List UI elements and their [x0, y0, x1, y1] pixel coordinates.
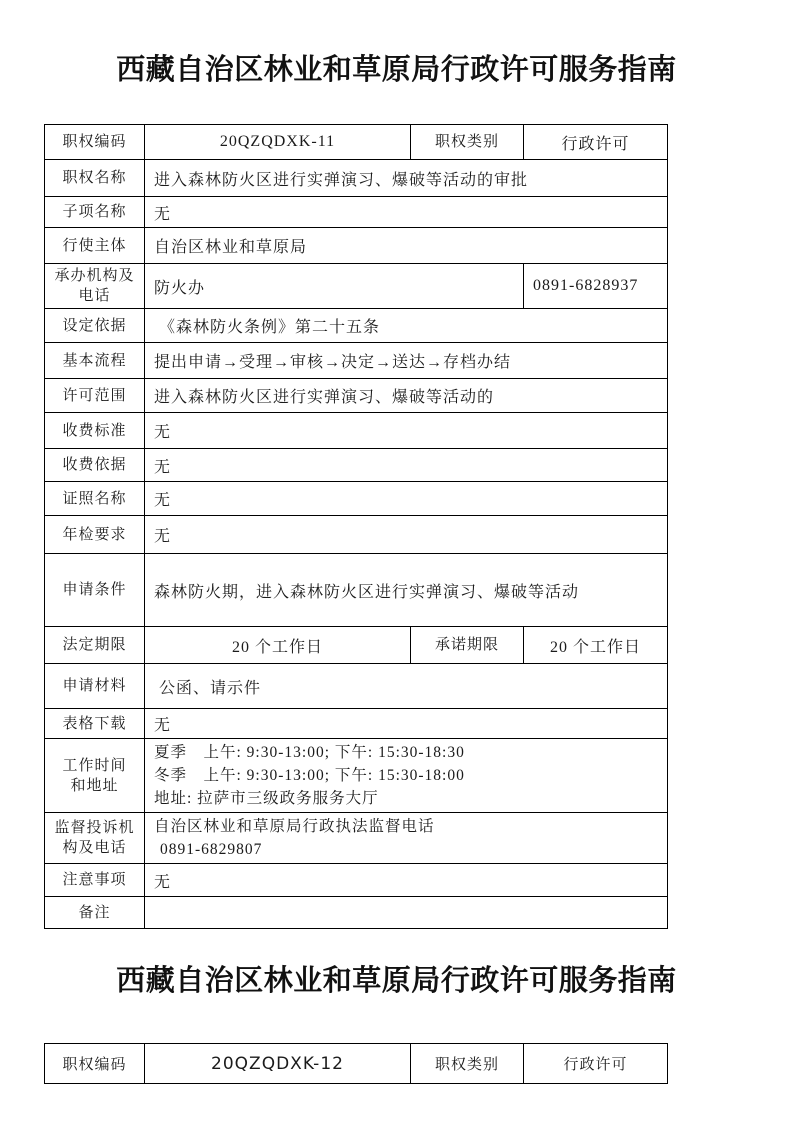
table-row: 法定期限 20 个工作日 承诺期限 20 个工作日	[45, 627, 668, 664]
application-condition-value: 森林防火期，进入森林防火区进行实弹演习、爆破等活动	[145, 554, 668, 627]
table-row: 工作时间 和地址 夏季 上午: 9:30-13:00; 下午: 15:30-18…	[45, 739, 668, 813]
statutory-deadline-label: 法定期限	[45, 627, 145, 664]
table-row: 许可范围 进入森林防火区进行实弹演习、爆破等活动的	[45, 379, 668, 413]
table-row: 表格下载 无	[45, 709, 668, 739]
table-row: 申请条件 森林防火期，进入森林防火区进行实弹演习、爆破等活动	[45, 554, 668, 627]
table-row: 设定依据 《森林防火条例》第二十五条	[45, 309, 668, 343]
exercising-body-value: 自治区林业和草原局	[145, 228, 668, 264]
working-hours-label: 工作时间 和地址	[45, 739, 145, 813]
table-row: 收费依据 无	[45, 449, 668, 482]
basic-process-label: 基本流程	[45, 343, 145, 379]
table-row: 收费标准 无	[45, 413, 668, 449]
permit-scope-value: 进入森林防火区进行实弹演习、爆破等活动的	[145, 379, 668, 413]
table-row: 子项名称 无	[45, 197, 668, 228]
table-row: 职权名称 进入森林防火区进行实弹演习、爆破等活动的审批	[45, 160, 668, 197]
promised-deadline-value: 20 个工作日	[524, 627, 668, 664]
table-row: 职权编码 20QZQDXK-11 职权类别 行政许可	[45, 125, 668, 160]
table-row: 职权编码 20QZQDXK-12 职权类别 行政许可	[45, 1044, 668, 1084]
handling-office-label: 承办机构及 电话	[45, 264, 145, 309]
document-title: 西藏自治区林业和草原局行政许可服务指南	[0, 50, 793, 90]
subitem-name-value: 无	[145, 197, 668, 228]
guide2-section: 西藏自治区林业和草原局行政许可服务指南	[0, 929, 793, 1001]
table-row: 备注	[45, 897, 668, 929]
annual-check-value: 无	[145, 516, 668, 554]
notes-label: 注意事项	[45, 864, 145, 897]
remarks-label: 备注	[45, 897, 145, 929]
legal-basis-value: 《森林防火条例》第二十五条	[145, 309, 668, 343]
permit-scope-label: 许可范围	[45, 379, 145, 413]
authority-name-label: 职权名称	[45, 160, 145, 197]
authority-code-label: 职权编码	[45, 1044, 145, 1084]
authority-code-value: 20QZQDXK-11	[145, 125, 411, 160]
subitem-name-label: 子项名称	[45, 197, 145, 228]
fee-basis-label: 收费依据	[45, 449, 145, 482]
remarks-value	[145, 897, 668, 929]
table-row: 年检要求 无	[45, 516, 668, 554]
basic-process-value: 提出申请→受理→审核→决定→送达→存档办结	[145, 343, 668, 379]
table-row: 基本流程 提出申请→受理→审核→决定→送达→存档办结	[45, 343, 668, 379]
authority-type-label: 职权类别	[411, 125, 524, 160]
authority-code-value: 20QZQDXK-12	[145, 1044, 411, 1084]
application-materials-label: 申请材料	[45, 664, 145, 709]
page: 西藏自治区林业和草原局行政许可服务指南 职权编码 20QZQDXK-11 职权类…	[0, 0, 793, 1084]
guide1-section: 西藏自治区林业和草原局行政许可服务指南	[0, 0, 793, 90]
authority-name-value: 进入森林防火区进行实弹演习、爆破等活动的审批	[145, 160, 668, 197]
statutory-deadline-value: 20 个工作日	[145, 627, 411, 664]
supervision-phone: 0891-6829807	[154, 838, 661, 861]
fee-basis-value: 无	[145, 449, 668, 482]
authority-code-label: 职权编码	[45, 125, 145, 160]
table-row: 申请材料 公函、请示件	[45, 664, 668, 709]
authority-type-label: 职权类别	[411, 1044, 524, 1084]
table-row: 注意事项 无	[45, 864, 668, 897]
table-row: 承办机构及 电话 防火办 0891-6828937	[45, 264, 668, 309]
authority-type-value: 行政许可	[524, 125, 668, 160]
handling-office-phone: 0891-6828937	[524, 264, 668, 309]
document-title: 西藏自治区林业和草原局行政许可服务指南	[0, 961, 793, 1001]
address-line: 地址: 拉萨市三级政务服务大厅	[154, 787, 661, 810]
certificate-name-value: 无	[145, 482, 668, 516]
handling-office-value: 防火办	[145, 264, 524, 309]
form-download-value: 无	[145, 709, 668, 739]
working-hours-winter: 冬季 上午: 9:30-13:00; 下午: 15:30-18:00	[154, 764, 661, 787]
working-hours-summer: 夏季 上午: 9:30-13:00; 下午: 15:30-18:30	[154, 741, 661, 764]
guide1-table: 职权编码 20QZQDXK-11 职权类别 行政许可 职权名称 进入森林防火区进…	[44, 124, 668, 929]
table-row: 监督投诉机 构及电话 自治区林业和草原局行政执法监督电话 0891-682980…	[45, 813, 668, 864]
certificate-name-label: 证照名称	[45, 482, 145, 516]
table-row: 行使主体 自治区林业和草原局	[45, 228, 668, 264]
supervision-label: 监督投诉机 构及电话	[45, 813, 145, 864]
fee-standard-label: 收费标准	[45, 413, 145, 449]
application-materials-value: 公函、请示件	[145, 664, 668, 709]
authority-type-value: 行政许可	[524, 1044, 668, 1084]
supervision-value: 自治区林业和草原局行政执法监督电话 0891-6829807	[145, 813, 668, 864]
annual-check-label: 年检要求	[45, 516, 145, 554]
legal-basis-label: 设定依据	[45, 309, 145, 343]
form-download-label: 表格下载	[45, 709, 145, 739]
notes-value: 无	[145, 864, 668, 897]
exercising-body-label: 行使主体	[45, 228, 145, 264]
promised-deadline-label: 承诺期限	[411, 627, 524, 664]
fee-standard-value: 无	[145, 413, 668, 449]
application-condition-label: 申请条件	[45, 554, 145, 627]
guide2-table: 职权编码 20QZQDXK-12 职权类别 行政许可	[44, 1043, 668, 1084]
table-row: 证照名称 无	[45, 482, 668, 516]
supervision-org: 自治区林业和草原局行政执法监督电话	[154, 815, 661, 838]
working-hours-value: 夏季 上午: 9:30-13:00; 下午: 15:30-18:30 冬季 上午…	[145, 739, 668, 813]
